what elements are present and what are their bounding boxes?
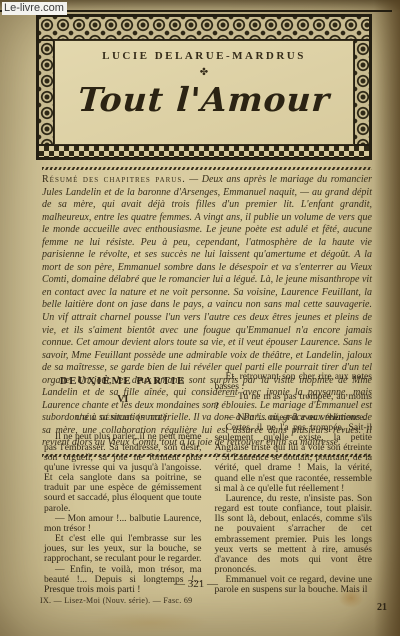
part-heading: DEUXIÈME PARTIE <box>44 376 202 386</box>
scanned-page: Le-livre.com LUCIE DELARUE-MARDRUS ✤ Tou… <box>0 0 400 636</box>
sheet-number: 21 <box>377 602 387 613</box>
body-paragraph: Il ne peut plus parler, il ne peut même … <box>44 432 202 513</box>
paper-stain <box>90 612 210 634</box>
title-banner: LUCIE DELARUE-MARDRUS ✤ Tout l'Amour <box>36 14 372 160</box>
summary-top-rule <box>42 167 372 170</box>
banner-floral-border-right <box>354 40 370 145</box>
fleuron-ornament-icon: ✤ <box>200 67 208 78</box>
body-paragraph: — Mon amour !... balbutie Laurence, mon … <box>44 514 202 534</box>
chapter-number: VI <box>44 395 202 405</box>
page-edge-shadow-right <box>374 0 400 636</box>
watermark-label: Le-livre.com <box>2 2 67 15</box>
page-number: — 321 — <box>0 578 392 590</box>
chapter-title: l'œil déniché (suite). <box>44 413 202 423</box>
book-title: Tout l'Amour <box>77 80 332 119</box>
body-paragraph: Et c'est elle qui l'embrasse sur les jou… <box>44 534 202 564</box>
left-column: DEUXIÈME PARTIE VI l'œil déniché (suite)… <box>44 372 202 595</box>
author-name: LUCIE DELARUE-MARDRUS <box>102 50 306 62</box>
imprint-line: IX. — Lisez-Moi (Nouv. série). — Fasc. 6… <box>40 596 192 605</box>
summary-lead-label: Résumé des chapitres parus. <box>42 174 186 185</box>
body-paragraph: — Tu ne m'as pas trompée, au moins ? <box>215 392 373 412</box>
banner-floral-border-left <box>38 40 54 145</box>
body-paragraph: Laurence, du reste, n'insiste pas. Son r… <box>215 494 373 575</box>
right-column: Et, retrouvant son cher rire aux notes b… <box>215 372 373 595</box>
body-paragraph: Certes, il ne l'a pas trompée. Sait-il s… <box>215 423 373 494</box>
banner-floral-border-top <box>38 16 370 40</box>
body-paragraph: Et, retrouvant son cher rire aux notes b… <box>215 372 373 392</box>
body-text-columns: DEUXIÈME PARTIE VI l'œil déniché (suite)… <box>44 372 372 595</box>
banner-checkered-ribbon <box>38 145 370 158</box>
banner-panel: LUCIE DELARUE-MARDRUS ✤ Tout l'Amour <box>54 40 354 145</box>
